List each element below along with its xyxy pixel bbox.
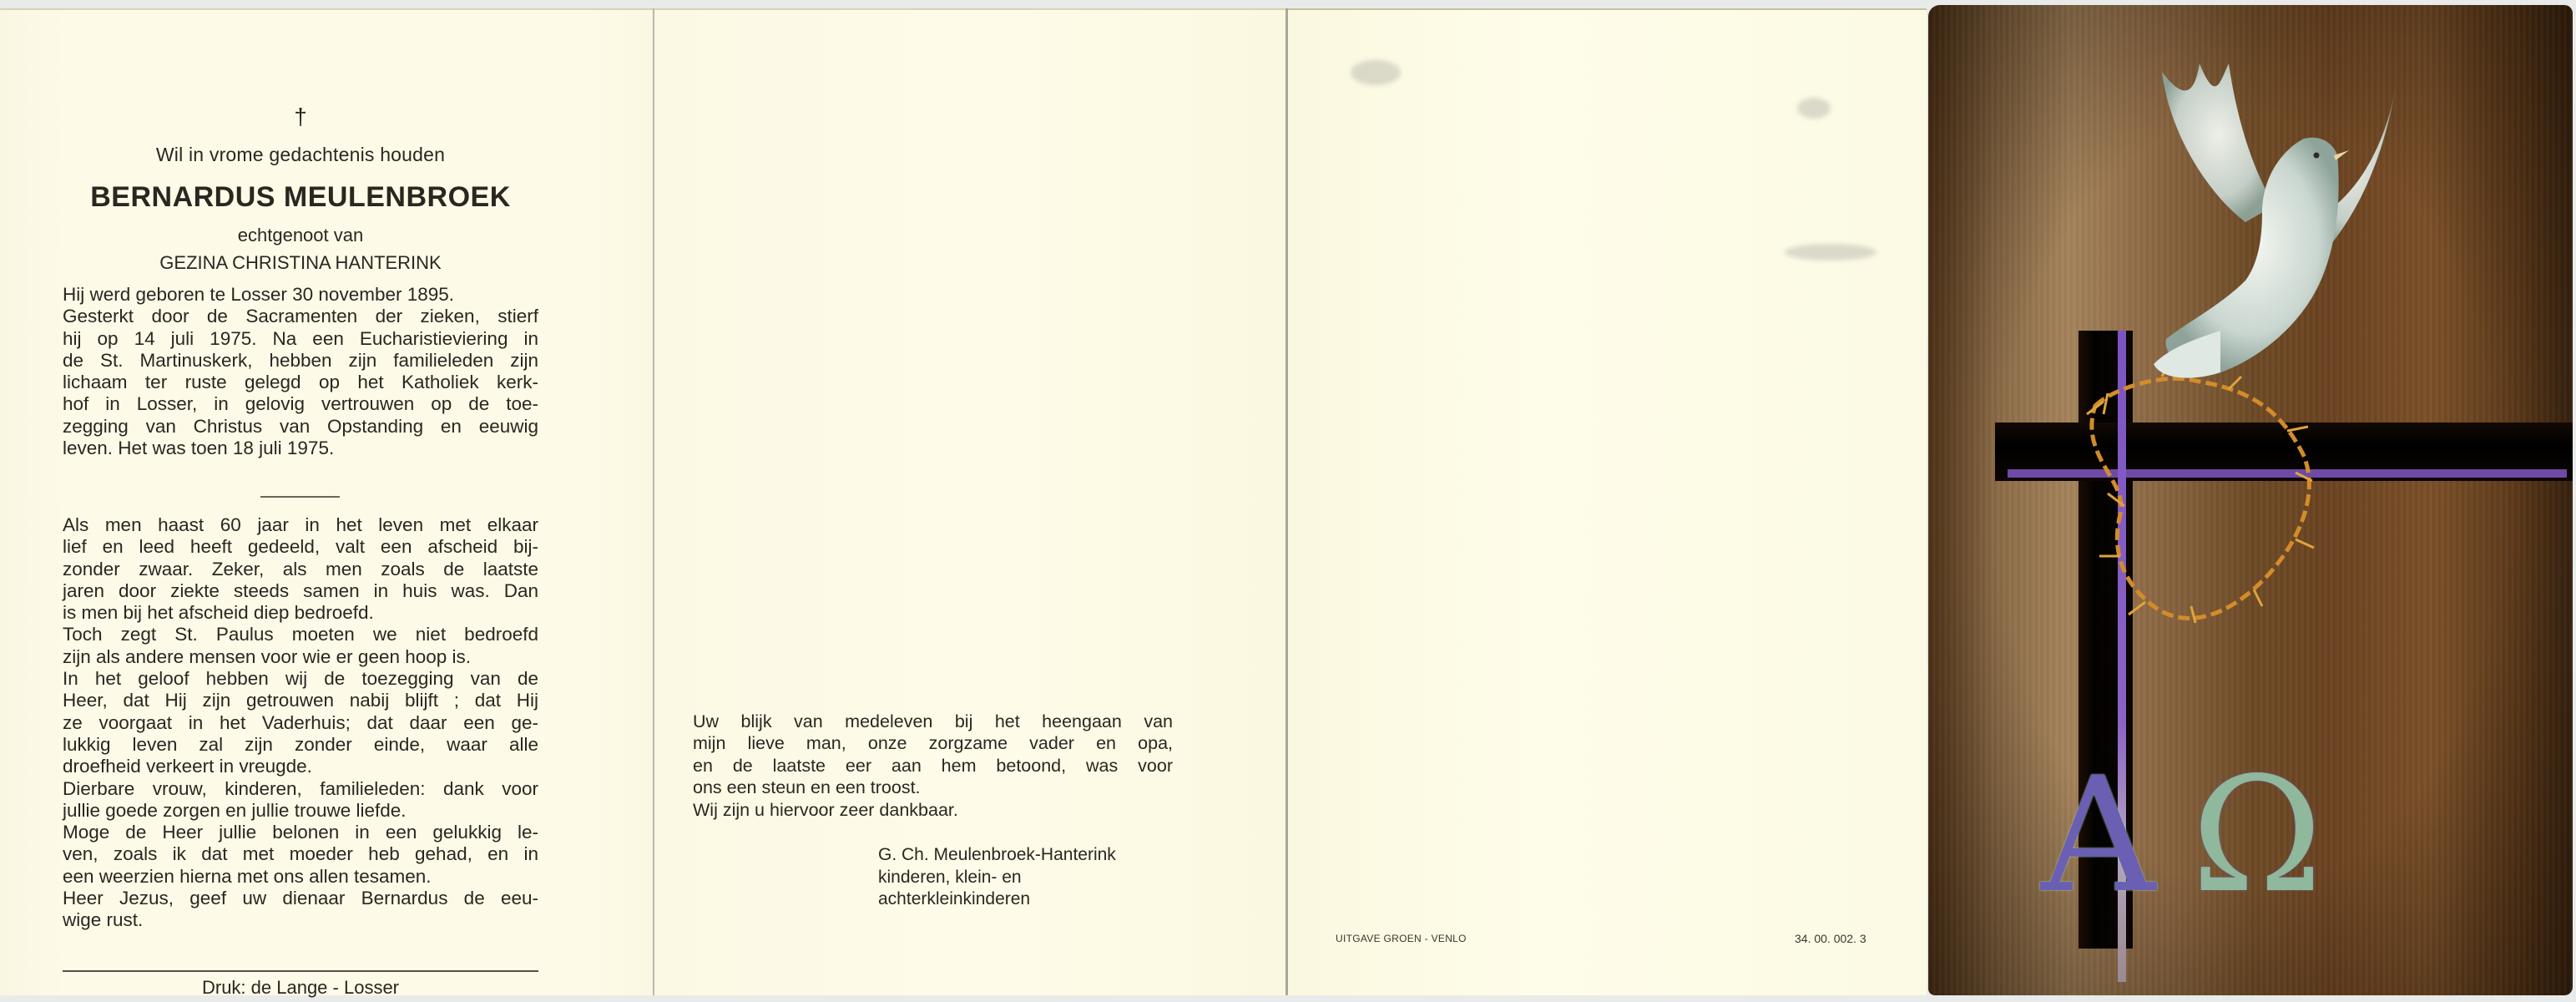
signature-block: G. Ch. Meulenbroek-Hanterinkkinderen, kl… [878,844,1116,911]
catalog-number: 34. 00. 002. 3 [1795,932,1866,945]
thanks-line: mijn lieve man, onze zorgzame vader en o… [693,732,1173,754]
bio-line: de St. Martinuskerk, hebben zijn familie… [63,350,538,372]
divider [63,970,538,972]
thanks-line: en de laatste eer aan hem betoond, was v… [693,755,1173,777]
cross-icon: † [0,104,601,130]
reflection-line: jullie goede zorgen en jullie trouwe lie… [63,800,538,822]
devotional-painting: Α Ω [1928,5,2573,995]
divider [260,496,340,498]
card-panel-back [1288,8,1927,995]
signature-line: G. Ch. Meulenbroek-Hanterink [878,844,1116,867]
omega-symbol: Ω [2191,757,2323,915]
bio-line: leven. Het was toen 18 juli 1975. [63,438,538,459]
bio-line: zegging van Christus van Opstanding en e… [63,416,538,438]
reflection-paragraph: Als men haast 60 jaar in het leven met e… [63,514,538,932]
reflection-line: Dierbare vrouw, kinderen, familieleden: … [63,778,538,800]
bio-line: lichaam ter ruste gelegd op het Katholie… [63,372,538,393]
thanks-paragraph: Uw blijk van medeleven bij het heengaan … [693,711,1173,821]
biography-paragraph: Hij werd geboren te Losser 30 november 1… [63,284,538,459]
thanks-line: Uw blijk van medeleven bij het heengaan … [693,711,1173,732]
reflection-line: droefheid verkeert in vreugde. [63,756,538,777]
spouse-label: echtgenoot van [0,225,601,246]
smudge [1785,244,1876,261]
reflection-line: jaren door ziekte steeds samen in huis w… [63,580,538,602]
reflection-line: ze voorgaat in het Vaderhuis; dat daar e… [63,712,538,734]
signature-line: achterkleinkinderen [878,888,1116,911]
card-panel-obituary: † Wil in vrome gedachtenis houden BERNAR… [0,8,654,995]
deceased-name: BERNARDUS MEULENBROEK [0,181,601,214]
signature-line: kinderen, klein- en [878,867,1116,889]
reflection-line: Toch zegt St. Paulus moeten we niet bedr… [63,624,538,645]
reflection-line: zijn als andere mensen voor wie er geen … [63,646,538,668]
bio-line: Gesterkt door de Sacramenten der zieken,… [63,306,538,327]
reflection-line: Heer Jezus, geef uw dienaar Bernardus de… [63,888,538,909]
bio-line: hij op 14 juli 1975. Na een Eucharistiev… [63,328,538,350]
printer-credit: Druk: de Lange - Losser [0,977,601,999]
reflection-line: een weerzien hierna met ons allen tesame… [63,866,538,888]
bio-line: Hij werd geboren te Losser 30 november 1… [63,284,538,306]
thanks-line: ons een steun en een troost. [693,777,1173,798]
reflection-line: Moge de Heer jullie belonen in een geluk… [63,822,538,843]
reflection-line: wige rust. [63,909,538,931]
bio-line: hof in Losser, in gelovig vertrouwen op … [63,393,538,415]
spouse-name: GEZINA CHRISTINA HANTERINK [0,252,601,274]
reflection-line: lief en leed heeft gedeeld, valt een afs… [63,536,538,558]
alpha-symbol: Α [2041,757,2155,915]
smudge [1797,98,1831,119]
smudge [1351,60,1401,85]
intro-text: Wil in vrome gedachtenis houden [0,144,601,166]
reflection-line: Heer, dat Hij zijn getrouwen nabij blijf… [63,690,538,711]
publisher-text: UITGAVE GROEN - VENLO [1336,933,1467,944]
reflection-line: zonder zwaar. Zeker, als men zoals de la… [63,559,538,580]
reflection-line: In het geloof hebben wij de toezegging v… [63,668,538,690]
dove-icon [2053,30,2446,423]
reflection-line: Als men haast 60 jaar in het leven met e… [63,514,538,536]
thanks-line: Wij zijn u hiervoor zeer dankbaar. [693,799,1173,821]
reflection-line: ven, zoals ik dat met moeder heb gehad, … [63,843,538,865]
reflection-line: is men bij het afscheid diep bedroefd. [63,602,538,624]
reflection-line: lukkig leven zal zijn zonder einde, waar… [63,734,538,756]
